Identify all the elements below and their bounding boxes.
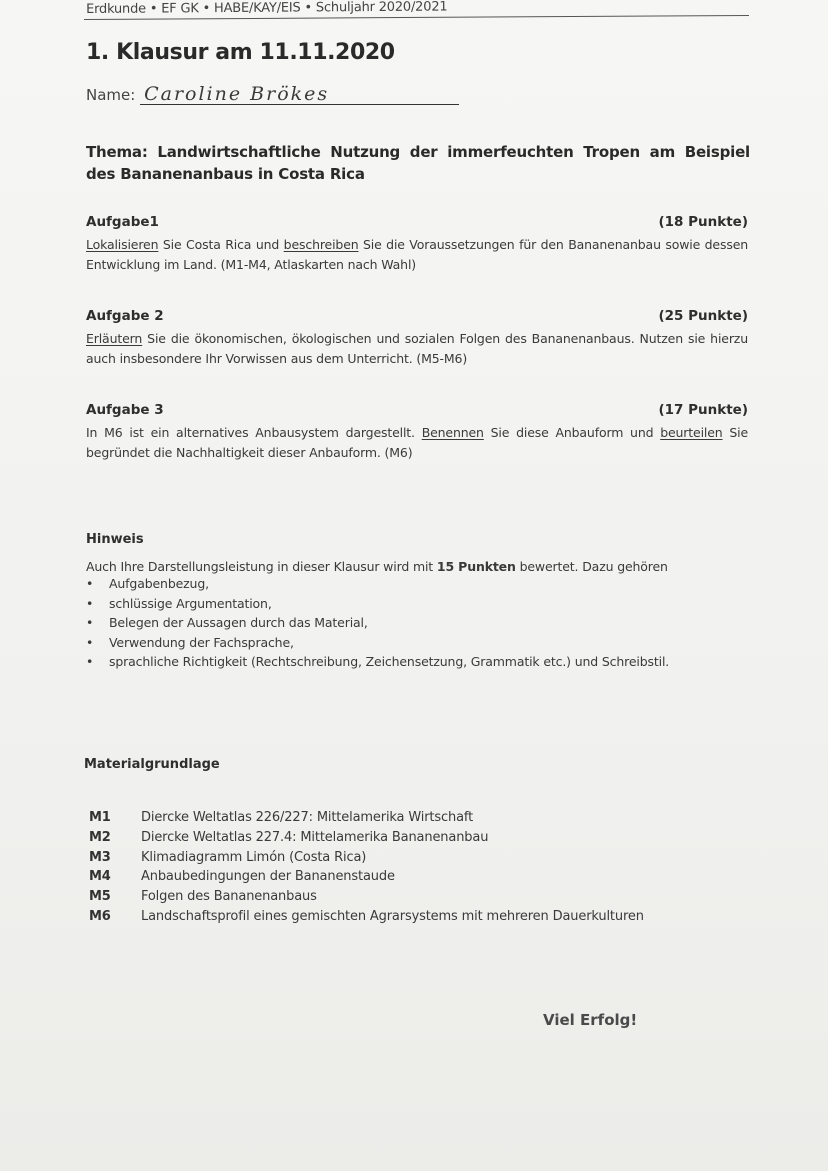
name-row: Name: Caroline Brökes [86,84,459,105]
header-subject-line: Erdkunde • EF GK • HABE/KAY/EIS • Schulj… [86,0,748,17]
material-row: M6Landschaftsprofil eines gemischten Agr… [84,907,724,927]
material-row: M5Folgen des Bananenanbaus [84,887,724,907]
hint-points: 15 Punkten [437,559,516,574]
exam-sheet: Erdkunde • EF GK • HABE/KAY/EIS • Schulj… [0,0,828,1171]
task-description: Erläutern Sie die ökonomischen, ökologis… [86,329,748,369]
materials-title: Materialgrundlage [84,757,724,772]
exam-title: 1. Klausur am 11.11.2020 [86,40,395,65]
task-description: In M6 ist ein alternatives Anbausystem d… [86,423,748,463]
bullet-icon: • [86,613,93,633]
hint-section: Hinweis Auch Ihre Darstellungsleistung i… [86,532,766,672]
list-item: •sprachliche Richtigkeit (Rechtschreibun… [86,652,766,672]
material-row: M4Anbaubedingungen der Bananenstaude [84,867,724,887]
name-label: Name: [86,86,135,104]
material-row: M2Diercke Weltatlas 227.4: Mittelamerika… [84,828,724,848]
task-2: Aufgabe 2 (25 Punkte) Erläutern Sie die … [86,308,748,369]
bullet-icon: • [86,594,93,614]
task-text: Sie die ökonomischen, ökologischen und s… [86,331,748,366]
operator-verb: Benennen [422,425,484,440]
task-title: Aufgabe1 [86,214,159,230]
name-field[interactable]: Caroline Brökes [140,84,459,105]
list-item: •schlüssige Argumentation, [86,594,766,614]
bullet-icon: • [86,633,93,653]
task-points: (17 Punkte) [658,402,748,418]
hint-text: Auch Ihre Darstellungsleistung in dieser… [86,559,766,574]
exam-theme: Thema: Landwirtschaftliche Nutzung der i… [86,141,750,185]
task-text: Sie Costa Rica und [158,237,283,252]
task-3: Aufgabe 3 (17 Punkte) In M6 ist ein alte… [86,402,748,463]
bullet-icon: • [86,652,93,672]
list-item: •Belegen der Aussagen durch das Material… [86,613,766,633]
operator-verb: Erläutern [86,331,142,346]
hint-list: •Aufgabenbezug, •schlüssige Argumentatio… [86,574,766,672]
task-points: (25 Punkte) [658,308,748,324]
hint-title: Hinweis [86,532,766,547]
operator-verb: beurteilen [660,425,722,440]
task-title: Aufgabe 3 [86,402,164,418]
bullet-icon: • [86,574,93,594]
task-title: Aufgabe 2 [86,308,164,324]
task-points: (18 Punkte) [658,214,748,230]
operator-verb: Lokalisieren [86,237,158,252]
task-description: Lokalisieren Sie Costa Rica und beschrei… [86,235,748,275]
task-1: Aufgabe1 (18 Punkte) Lokalisieren Sie Co… [86,214,748,275]
materials-section: Materialgrundlage M1Diercke Weltatlas 22… [84,757,724,927]
materials-list: M1Diercke Weltatlas 226/227: Mittelameri… [84,808,724,927]
material-row: M1Diercke Weltatlas 226/227: Mittelameri… [84,808,724,828]
task-text: Sie diese Anbauform und [484,425,660,440]
task-text: In M6 ist ein alternatives Anbausystem d… [86,425,422,440]
material-row: M3Klimadiagramm Limón (Costa Rica) [84,848,724,868]
operator-verb: beschreiben [284,237,359,252]
list-item: •Verwendung der Fachsprache, [86,633,766,653]
closing-text: Viel Erfolg! [543,1011,637,1029]
list-item: •Aufgabenbezug, [86,574,766,594]
